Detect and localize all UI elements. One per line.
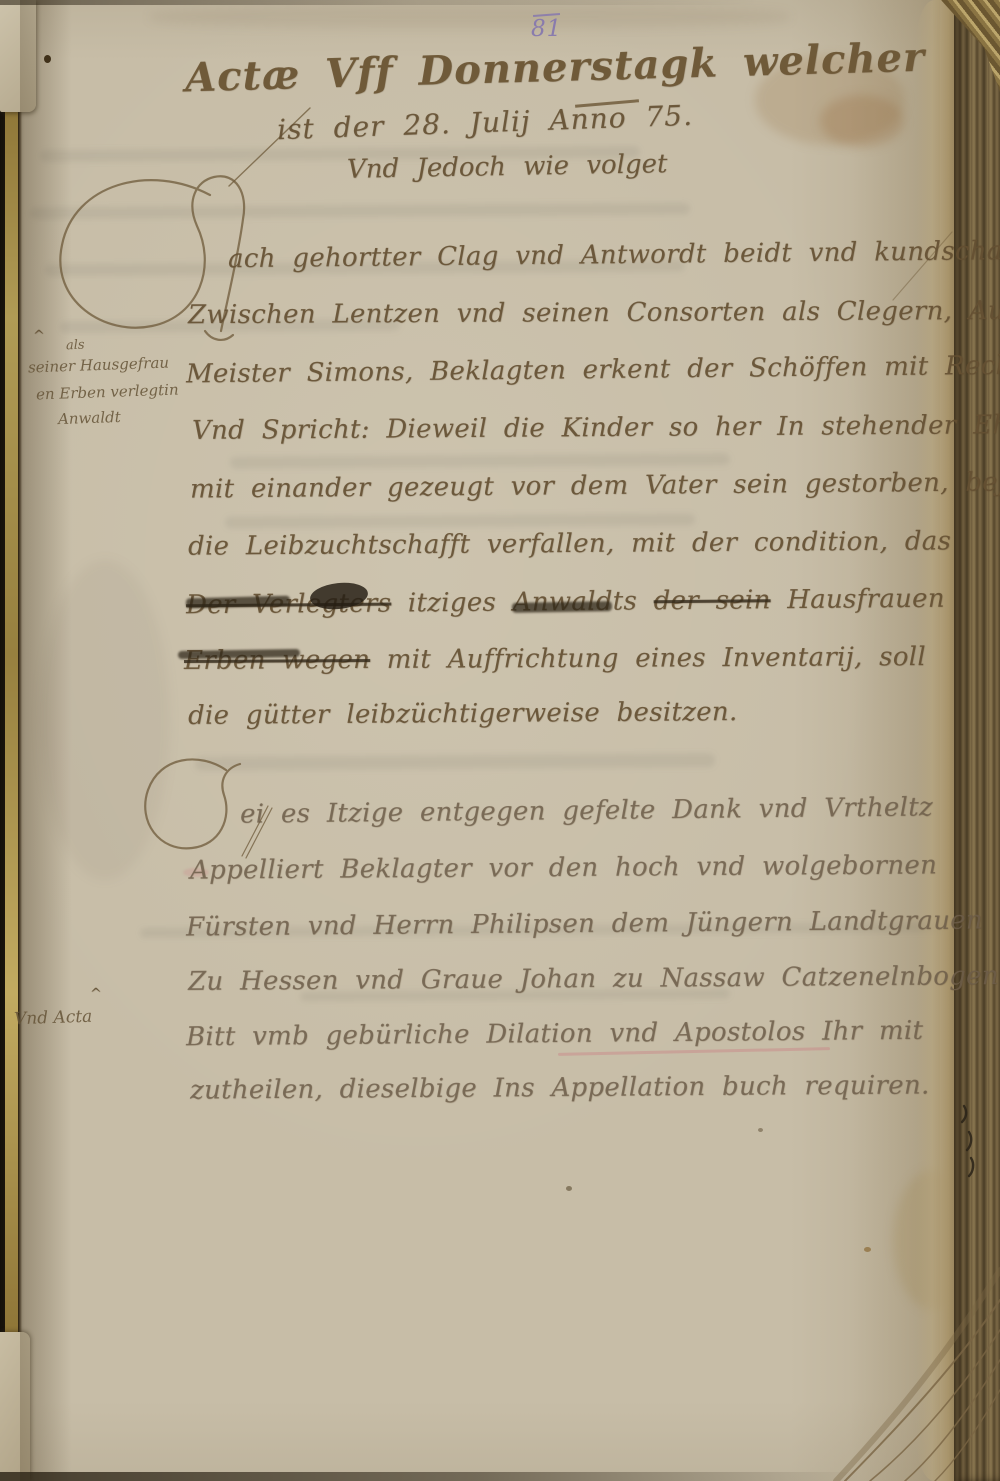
insertion-caret: ^ xyxy=(90,986,102,1002)
body-text-line: Zwischen Lentzen vnd seinen Consorten al… xyxy=(188,296,1000,330)
manuscript-page: 81 Actæ Vff Donnerstagk welcher ist der … xyxy=(0,0,1000,1481)
margin-note-upper-line: als xyxy=(66,338,85,354)
body-text-line: ei es Itzige entgegen gefelte Dank vnd V… xyxy=(240,792,933,829)
margin-note-upper-line: seiner Hausgefrau xyxy=(28,354,170,377)
top-edge-shadow xyxy=(0,0,1000,5)
margin-note-lower: Vnd Acta xyxy=(14,1007,93,1030)
crease-stain xyxy=(150,6,790,28)
heading-line-2: ist der 28. Julij Anno 75. xyxy=(277,99,694,146)
binding-gold-strip xyxy=(5,92,18,1344)
body-text-segment: Hausfrauen xyxy=(770,584,945,616)
body-text-segment: mit Auffrichtung eines Inventarij, soll xyxy=(370,642,926,675)
insertion-caret: ^ xyxy=(33,328,45,344)
gutter-shadow xyxy=(20,0,72,1481)
verso-showthrough-line xyxy=(195,753,715,771)
verso-showthrough-line xyxy=(225,513,695,528)
body-text-line: Zu Hessen vnd Graue Johan zu Nassaw Catz… xyxy=(188,961,999,997)
heading-line-3: Vnd Jedoch wie volget xyxy=(347,149,668,185)
initial-lasso-hook xyxy=(205,331,233,340)
struck-text: der sein xyxy=(654,585,771,616)
margin-note-upper-line: Anwaldt xyxy=(58,408,121,428)
ink-speck xyxy=(566,1186,572,1191)
body-text-line: Appelliert Beklagter vor den hoch vnd wo… xyxy=(190,850,937,885)
body-text-line: die Leibzuchtschafft verfallen, mit der … xyxy=(188,526,951,561)
body-text-line: zutheilen, dieselbige Ins Appellation bu… xyxy=(190,1070,930,1105)
verso-showthrough-line xyxy=(30,203,690,220)
book-fore-edge-stack xyxy=(954,0,1000,1481)
bottom-edge-shadow xyxy=(0,1472,1000,1481)
body-text-line: die gütter leibzüchtigerweise besitzen. xyxy=(188,697,738,731)
verso-showthrough-line xyxy=(230,453,730,468)
ink-strikethrough-smudge xyxy=(512,601,612,613)
body-text-line-struck: Erben wegen mit Auffrichtung eines Inven… xyxy=(184,642,926,676)
margin-note-upper-line: en Erben verlegtin xyxy=(36,381,179,404)
page-number: 81 xyxy=(531,16,562,42)
body-text-line: Vnd Spricht: Dieweil die Kinder so her I… xyxy=(192,410,1000,446)
ink-speck xyxy=(758,1128,763,1132)
